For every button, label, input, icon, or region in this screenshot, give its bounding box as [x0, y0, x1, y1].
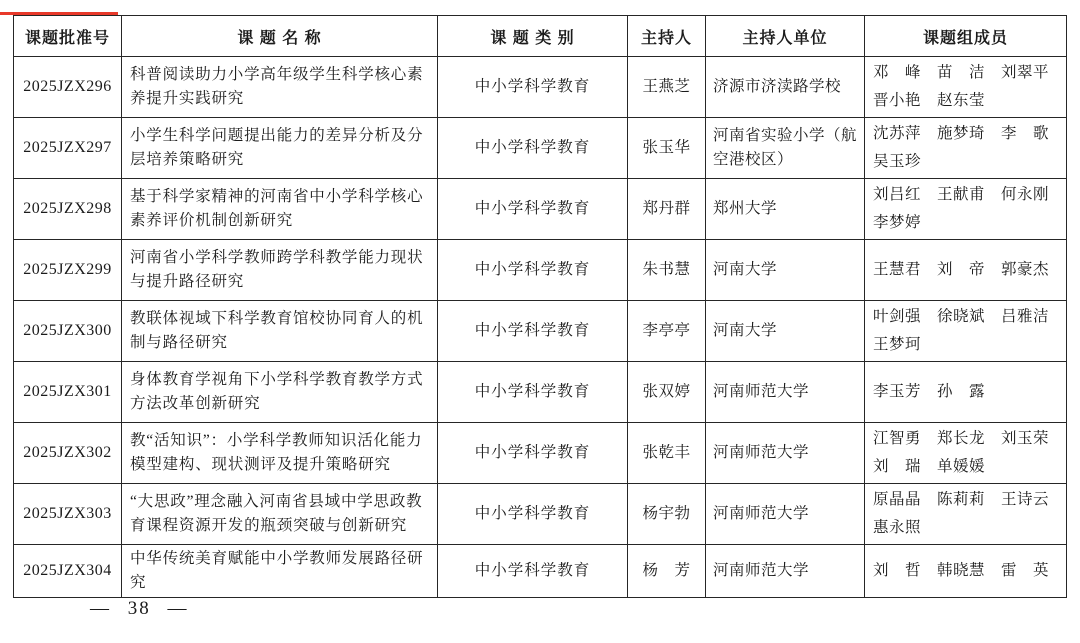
column-header-leader: 主持人 [628, 16, 706, 57]
cell-members: 邓 峰 苗 洁 刘翠平 晋小艳 赵东莹 [865, 57, 1067, 118]
cell-approval-id: 2025JZX304 [14, 545, 122, 598]
page-number: — 38 — [90, 598, 189, 620]
cell-members: 刘吕红 王献甫 何永刚 李梦婷 [865, 179, 1067, 240]
cell-project-title: 身体教育学视角下小学科学教育教学方式方法改革创新研究 [122, 362, 438, 423]
cell-members: 刘 哲 韩晓慧 雷 英 [865, 545, 1067, 598]
table-body: 2025JZX296 科普阅读助力小学高年级学生科学核心素养提升实践研究 中小学… [14, 57, 1067, 598]
cell-project-title: 中华传统美育赋能中小学教师发展路径研究 [122, 545, 438, 598]
cell-leader-unit: 济源市济渎路学校 [706, 57, 865, 118]
cell-leader-unit: 河南师范大学 [706, 484, 865, 545]
cell-members: 叶剑强 徐晓斌 吕雅洁 王梦珂 [865, 301, 1067, 362]
cell-leader: 朱书慧 [628, 240, 706, 301]
cell-leader: 王燕芝 [628, 57, 706, 118]
table-row: 2025JZX297 小学生科学问题提出能力的差异分析及分层培养策略研究 中小学… [14, 118, 1067, 179]
cell-leader-unit: 郑州大学 [706, 179, 865, 240]
cell-category: 中小学科学教育 [438, 484, 628, 545]
cell-leader: 张乾丰 [628, 423, 706, 484]
cell-leader-unit: 河南师范大学 [706, 423, 865, 484]
column-header-project-title: 课 题 名 称 [122, 16, 438, 57]
project-approval-table: 课题批准号 课 题 名 称 课 题 类 别 主持人 主持人单位 课题组成员 20… [13, 15, 1067, 598]
cell-approval-id: 2025JZX297 [14, 118, 122, 179]
cell-members: 王慧君 刘 帝 郭豪杰 [865, 240, 1067, 301]
document-page: { "accent": { "red_line_color": "#e8392a… [0, 0, 1080, 643]
cell-approval-id: 2025JZX303 [14, 484, 122, 545]
column-header-members: 课题组成员 [865, 16, 1067, 57]
cell-leader: 杨 芳 [628, 545, 706, 598]
cell-leader: 李亭亭 [628, 301, 706, 362]
red-edge-line [0, 12, 118, 15]
cell-leader: 张玉华 [628, 118, 706, 179]
cell-approval-id: 2025JZX301 [14, 362, 122, 423]
table-header-row: 课题批准号 课 题 名 称 课 题 类 别 主持人 主持人单位 课题组成员 [14, 16, 1067, 57]
cell-category: 中小学科学教育 [438, 240, 628, 301]
cell-category: 中小学科学教育 [438, 362, 628, 423]
table-row: 2025JZX296 科普阅读助力小学高年级学生科学核心素养提升实践研究 中小学… [14, 57, 1067, 118]
cell-category: 中小学科学教育 [438, 301, 628, 362]
table-row: 2025JZX301 身体教育学视角下小学科学教育教学方式方法改革创新研究 中小… [14, 362, 1067, 423]
column-header-approval-id: 课题批准号 [14, 16, 122, 57]
table-row: 2025JZX302 教“活知识”：小学科学教师知识活化能力模型建构、现状测评及… [14, 423, 1067, 484]
table-row: 2025JZX304 中华传统美育赋能中小学教师发展路径研究 中小学科学教育 杨… [14, 545, 1067, 598]
cell-project-title: “大思政”理念融入河南省县域中学思政教育课程资源开发的瓶颈突破与创新研究 [122, 484, 438, 545]
cell-category: 中小学科学教育 [438, 545, 628, 598]
cell-project-title: 河南省小学科学教师跨学科教学能力现状与提升路径研究 [122, 240, 438, 301]
cell-leader: 郑丹群 [628, 179, 706, 240]
cell-approval-id: 2025JZX302 [14, 423, 122, 484]
cell-project-title: 教联体视域下科学教育馆校协同育人的机制与路径研究 [122, 301, 438, 362]
cell-leader-unit: 河南大学 [706, 301, 865, 362]
cell-approval-id: 2025JZX296 [14, 57, 122, 118]
cell-project-title: 教“活知识”：小学科学教师知识活化能力模型建构、现状测评及提升策略研究 [122, 423, 438, 484]
cell-approval-id: 2025JZX298 [14, 179, 122, 240]
cell-members: 江智勇 郑长龙 刘玉荣 刘 瑞 单媛媛 [865, 423, 1067, 484]
cell-category: 中小学科学教育 [438, 423, 628, 484]
column-header-category: 课 题 类 别 [438, 16, 628, 57]
table-row: 2025JZX303 “大思政”理念融入河南省县域中学思政教育课程资源开发的瓶颈… [14, 484, 1067, 545]
cell-project-title: 科普阅读助力小学高年级学生科学核心素养提升实践研究 [122, 57, 438, 118]
cell-category: 中小学科学教育 [438, 179, 628, 240]
cell-approval-id: 2025JZX300 [14, 301, 122, 362]
table-row: 2025JZX298 基于科学家精神的河南省中小学科学核心素养评价机制创新研究 … [14, 179, 1067, 240]
cell-leader-unit: 河南师范大学 [706, 545, 865, 598]
column-header-leader-unit: 主持人单位 [706, 16, 865, 57]
cell-leader-unit: 河南大学 [706, 240, 865, 301]
cell-category: 中小学科学教育 [438, 57, 628, 118]
cell-category: 中小学科学教育 [438, 118, 628, 179]
table-row: 2025JZX300 教联体视域下科学教育馆校协同育人的机制与路径研究 中小学科… [14, 301, 1067, 362]
cell-members: 原晶晶 陈莉莉 王诗云 惠永照 [865, 484, 1067, 545]
cell-leader-unit: 河南省实验小学（航空港校区） [706, 118, 865, 179]
cell-members: 李玉芳 孙 露 [865, 362, 1067, 423]
cell-project-title: 小学生科学问题提出能力的差异分析及分层培养策略研究 [122, 118, 438, 179]
cell-leader: 张双婷 [628, 362, 706, 423]
cell-leader: 杨宇勃 [628, 484, 706, 545]
cell-approval-id: 2025JZX299 [14, 240, 122, 301]
cell-project-title: 基于科学家精神的河南省中小学科学核心素养评价机制创新研究 [122, 179, 438, 240]
cell-leader-unit: 河南师范大学 [706, 362, 865, 423]
table-row: 2025JZX299 河南省小学科学教师跨学科教学能力现状与提升路径研究 中小学… [14, 240, 1067, 301]
cell-members: 沈苏萍 施梦琦 李 歌 吴玉珍 [865, 118, 1067, 179]
